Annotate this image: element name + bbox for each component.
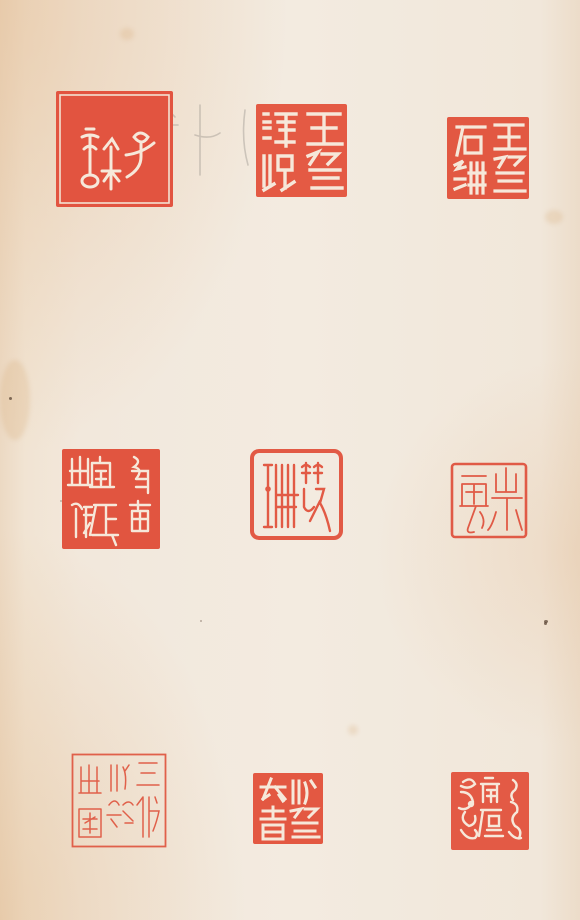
seal-impression-6: 孝禹: [450, 462, 528, 539]
paper-speck: [200, 620, 202, 622]
paper-stain: [120, 28, 134, 40]
paper-stain: [348, 725, 358, 735]
seal-glyph-wang-guan-shi-jing: [447, 117, 529, 199]
seal-impression-8: 瓘讀書: [253, 773, 323, 844]
seal-glyph-guan: [250, 449, 343, 540]
seal-glyph-wang-guan-du-bei: [256, 104, 347, 197]
seal-glyph-guan-du-shu: [253, 773, 323, 844]
album-page: 孫子 王瓘讀碑: [0, 0, 580, 920]
seal-glyph-six-character: [62, 449, 160, 549]
seal-impression-1: 孫子: [56, 91, 173, 207]
seal-glyph-six-character-zhuwen: [71, 753, 167, 848]
seal-impression-7: 三代吉金之室: [71, 753, 167, 848]
seal-impression-5: 瓘: [250, 449, 343, 540]
paper-stain: [0, 360, 30, 440]
paper-speck: [9, 397, 12, 400]
seal-impression-3: 王瓘石經: [447, 117, 529, 199]
seal-impression-2: 王瓘讀碑: [256, 104, 347, 197]
seal-impression-4: 胥唐王正之印: [62, 449, 160, 549]
paper-speck: [544, 620, 548, 623]
seal-glyph-bird-script: [451, 772, 529, 850]
paper-stain: [545, 210, 563, 224]
seal-glyph-sun-zi: [56, 91, 173, 207]
seal-impression-9: 鳥篆璽: [451, 772, 529, 850]
seal-glyph-xiao-yu: [450, 462, 528, 539]
